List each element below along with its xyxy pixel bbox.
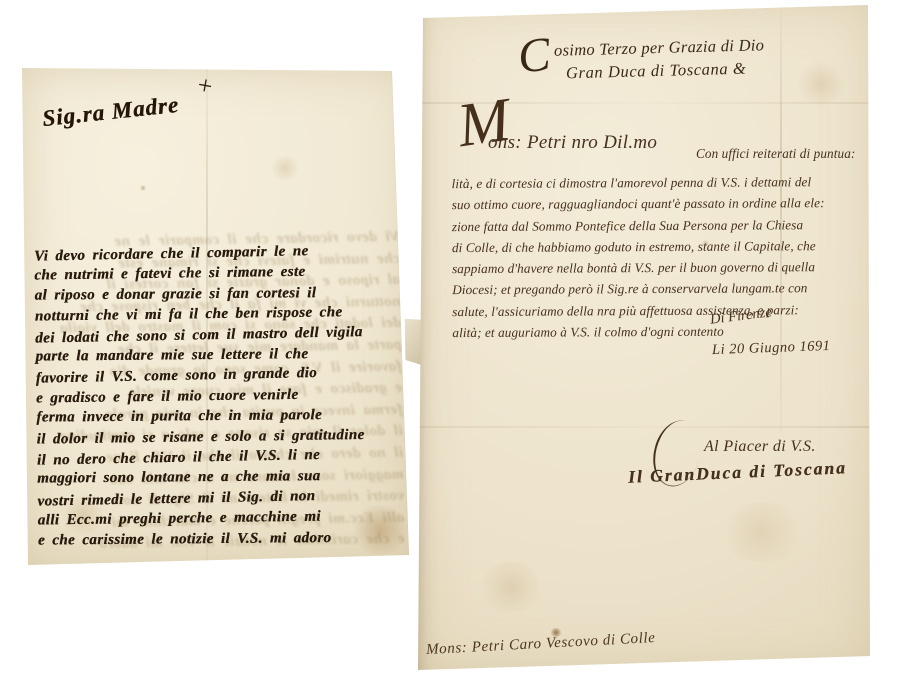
right-letter-paper: C osimo Terzo per Grazia di Dio Gran Duc… [416, 2, 874, 674]
fold-crease [416, 426, 874, 428]
handwritten-line: e che carissime le notizie il V.S. mi ad… [38, 527, 404, 551]
body-opening-line: Con uffici reiterati di puntua: [696, 146, 855, 162]
aging-stain [270, 155, 300, 181]
right-letter-salutation: ons: Petri nro Dil.mo [488, 132, 657, 154]
header-initial: C [515, 26, 553, 84]
date-line: Li 20 Giugno 1691 [712, 338, 831, 359]
aging-stain [796, 62, 846, 106]
left-letter-salutation: Sig.ra Madre [41, 92, 180, 132]
handwritten-line: ferma invece in purita che in mia parole [36, 405, 402, 429]
handwritten-line: suo ottimo cuore, ragguagliandoci quant'… [452, 192, 872, 215]
address-docket-line: Mons: Petri Caro Vescovo di Colle [426, 630, 656, 659]
handwritten-line: lità, e di cortesia ci dimostra l'amorev… [452, 171, 872, 194]
handwritten-line: sappiamo d'havere nella bontà di V.S. pe… [452, 256, 872, 279]
handwritten-line: Diocesi; et pregando però il Sig.re à co… [452, 277, 872, 300]
handwritten-line: al riposo e donar grazie si fan cortesi … [34, 282, 400, 306]
left-letter-paper: Vi devo ricordare che il comparir le nec… [20, 65, 412, 568]
left-letter-body: Vi devo ricordare che il comparir le nec… [34, 240, 404, 551]
handwritten-line: salute, l'assicuriamo della nra più affe… [452, 299, 872, 322]
letterhead-line1: osimo Terzo per Grazia di Dio [554, 35, 765, 60]
aging-stain [476, 562, 546, 612]
closing-line: Al Piacer di V.S. [704, 438, 816, 456]
letterhead-line2: Gran Duca di Toscana & [566, 59, 747, 84]
cross-mark: + [194, 70, 216, 103]
right-letter-body: lità, e di cortesia ci dimostra l'amorev… [452, 171, 873, 344]
foxing-dot [140, 185, 146, 191]
handwritten-line: zione fatta dal Sommo Pontefice della Su… [452, 213, 872, 236]
aging-stain [716, 502, 806, 562]
photo-canvas: Vi devo ricordare che il comparir le nec… [0, 0, 900, 682]
handwritten-line: di Colle, di che habbiamo goduto in estr… [452, 235, 872, 258]
